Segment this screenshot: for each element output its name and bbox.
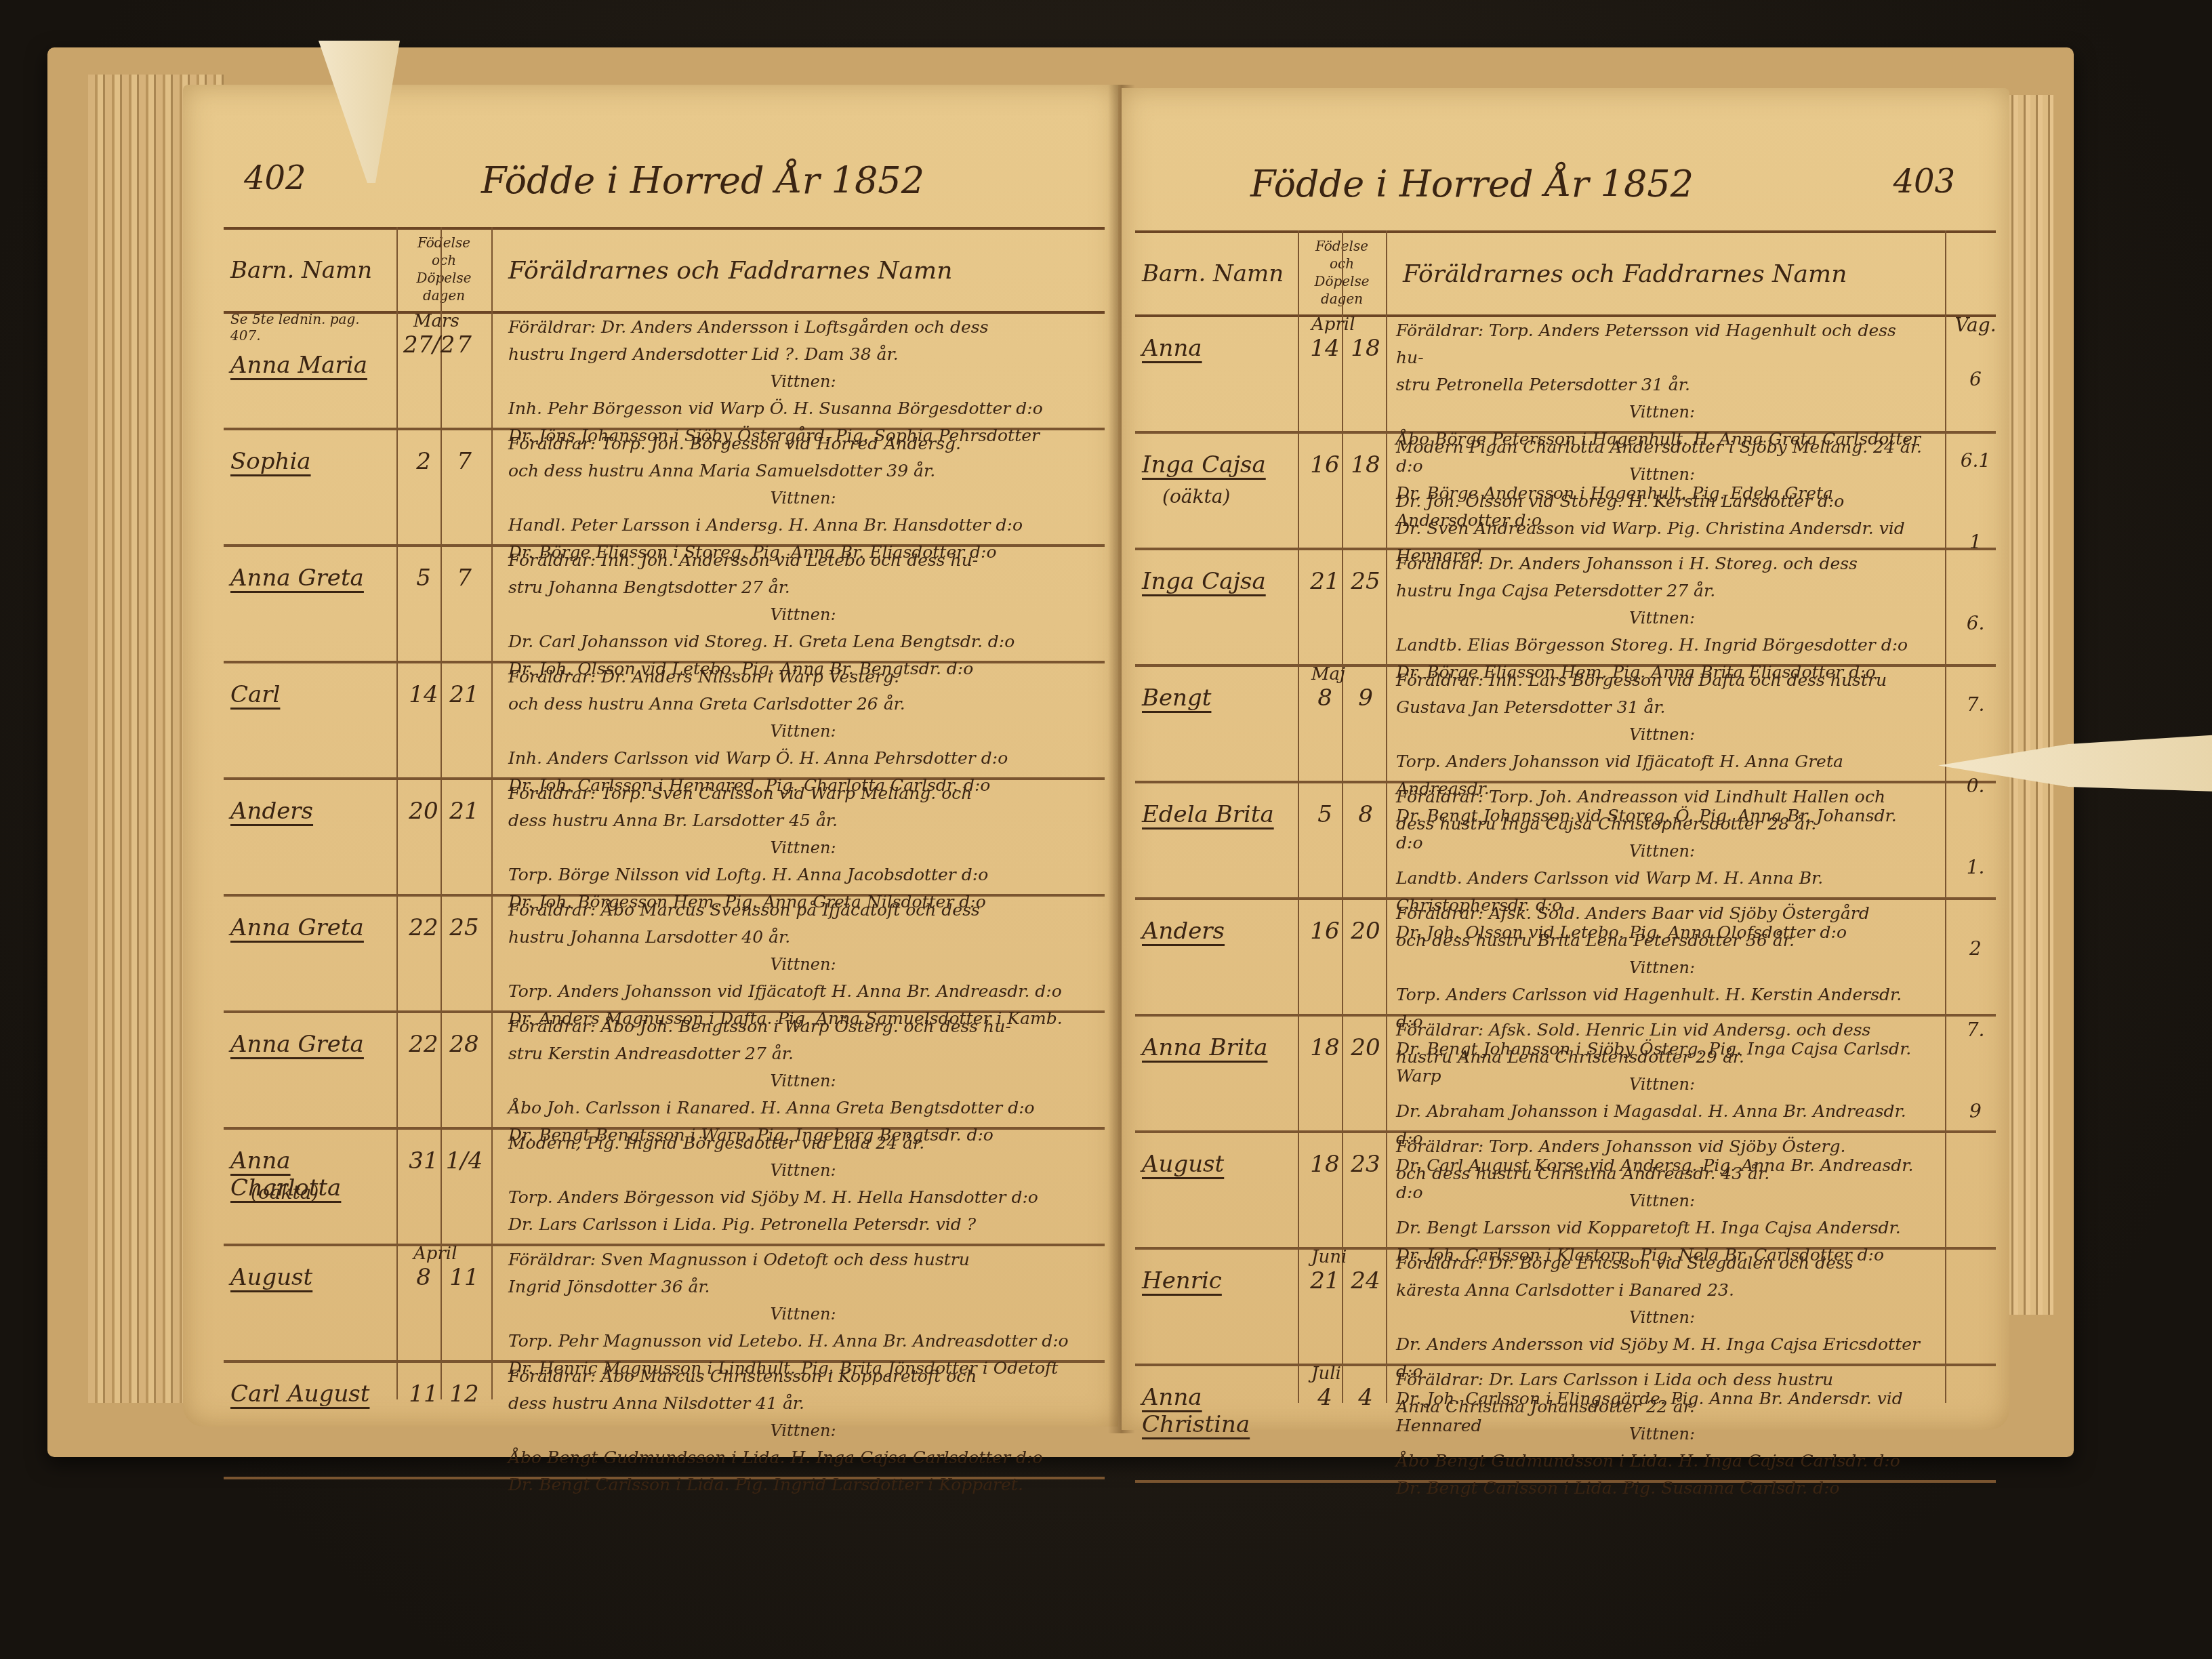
table-row: Anna Brita1820Föräldrar: Afsk. Sold. Hen… (1135, 1014, 1996, 1133)
parents-and-sponsors: Modern, Pig. Ingrid Börgesdotter vid Lid… (508, 1130, 1098, 1238)
child-name: August (1142, 1151, 1305, 1178)
baptism-day: 20 (1345, 918, 1386, 945)
witnesses-label: Vittnen: (1396, 398, 1928, 426)
baptism-day: 25 (1345, 568, 1386, 595)
parents-text: Föräldrar: Åbo Joh. Bengtsson i Warp Öst… (508, 1017, 1011, 1063)
child-name: Anna Maria (230, 352, 393, 379)
table-row: Inga Cajsa2125Föräldrar: Dr. Anders Joha… (1135, 548, 1996, 667)
parents-text: Föräldrar: Inh. Joh. Andersson vid Leteb… (508, 550, 978, 597)
table-row: Anders1620Föräldrar: Afsk. Sold. Anders … (1135, 897, 1996, 1017)
header-dates: Födelse och Döpelse dagen (403, 234, 485, 304)
birth-day: 14 (1305, 335, 1345, 362)
table-row: Anna ChristinaJuli44Föräldrar: Dr. Lars … (1135, 1364, 1996, 1483)
birth-day: 20 (403, 798, 444, 825)
child-name: Anna Brita (1142, 1034, 1305, 1061)
page-number: 402 (244, 159, 306, 197)
witnesses-label: Vittnen: (508, 601, 1098, 628)
child-name: Anna Christina (1142, 1384, 1305, 1438)
witnesses-label: Vittnen: (508, 485, 1098, 512)
birth-day: 21 (1305, 568, 1345, 595)
child-name: Inga Cajsa (1142, 568, 1305, 595)
month-label: April (1311, 314, 1355, 335)
parents-text: Föräldrar: Afsk. Sold. Anders Baar vid S… (1396, 903, 1870, 950)
margin-mark: 1 (1948, 501, 2003, 583)
parents-text: Modern Pigan Charlotta Andersdotter i Sj… (1396, 437, 1922, 457)
child-name: Henric (1142, 1267, 1305, 1294)
birth-day: 16 (1305, 451, 1345, 478)
child-name: Anders (1142, 918, 1305, 945)
register-table: Barn. Namn Födelse och Döpelse dagen För… (1135, 230, 1996, 1403)
table-row: Edela Brita58Föräldrar: Torp. Joh. Andre… (1135, 781, 1996, 900)
margin-mark: 2 (1948, 908, 2003, 989)
witnesses-label: Vittnen: (508, 834, 1098, 861)
baptism-day: 9 (1345, 684, 1386, 712)
baptism-day: 20 (1345, 1034, 1386, 1061)
month-label: Mars (413, 311, 459, 331)
witnesses-label: Vittnen: (1396, 1420, 1928, 1448)
witnesses-label: Vittnen: (1396, 461, 1928, 488)
table-row: BengtMaj89Föräldrar: Inh. Lars Börgesson… (1135, 664, 1996, 783)
witnesses-label: Vittnen: (508, 1067, 1098, 1094)
entry-note: Se 5te lednin. pag. 407. (230, 311, 393, 344)
margin-mark: 7. (1948, 989, 2003, 1071)
parents-text: Föräldrar: Torp. Anders Petersson vid Ha… (1396, 321, 1896, 394)
birth-day: 22 (403, 914, 444, 941)
birth-day: 27/2 (403, 331, 444, 359)
birth-day: 18 (1305, 1034, 1345, 1061)
table-header: Barn. Namn Födelse och Döpelse dagen För… (1135, 230, 1996, 317)
baptism-day: 7 (444, 565, 485, 592)
witnesses-label: Vittnen: (1396, 954, 1928, 981)
left-page: 402 Födde i Horred År 1852 Barn. Namn Fö… (183, 85, 1118, 1427)
margin-mark: 1. (1948, 827, 2003, 908)
table-row: Anna Greta2228Föräldrar: Åbo Joh. Bengts… (224, 1010, 1105, 1130)
baptism-day: 24 (1345, 1267, 1386, 1294)
header-child-name: Barn. Namn (230, 257, 372, 284)
child-name: Anna Greta (230, 914, 393, 941)
open-register-book: 402 Födde i Horred År 1852 Barn. Namn Fö… (47, 47, 2074, 1457)
parents-text: Föräldrar: Åbo Marcus Svensson på Ifjäca… (508, 900, 980, 947)
baptism-day: 11 (444, 1264, 485, 1291)
margin-mark: 9 (1948, 1071, 2003, 1152)
margin-mark: 6 (1948, 339, 2003, 420)
child-name: Edela Brita (1142, 801, 1305, 828)
parents-text: Modern, Pig. Ingrid Börgesdotter vid Lid… (508, 1133, 924, 1153)
birth-day: 16 (1305, 918, 1345, 945)
legitimacy-note: (oäkta) (251, 1181, 413, 1204)
parents-text: Föräldrar: Dr. Anders Andersson i Loftsg… (508, 317, 989, 364)
parents-text: Föräldrar: Inh. Lars Börgesson vid Dafta… (1396, 670, 1887, 717)
birth-day: 14 (403, 681, 444, 708)
witnesses-text: Torp. Anders Börgesson vid Sjöby M. H. H… (508, 1187, 1038, 1234)
birth-day: 21 (1305, 1267, 1345, 1294)
table-row: Anna Charlotta(oäkta)311/4Modern, Pig. I… (224, 1127, 1105, 1246)
baptism-day: 18 (1345, 451, 1386, 478)
parents-text: Föräldrar: Torp. Sven Carlsson vid Warp … (508, 783, 972, 830)
witnesses-label: Vittnen: (1396, 1071, 1928, 1098)
parents-text: Föräldrar: Torp. Anders Johansson vid Sj… (1396, 1136, 1845, 1183)
margin-mark: 6. (1948, 583, 2003, 664)
child-name: August (230, 1264, 393, 1291)
table-header: Barn. Namn Födelse och Döpelse dagen För… (224, 227, 1105, 314)
child-name: Carl August (230, 1380, 393, 1408)
birth-day: 2 (403, 448, 444, 475)
child-name: Bengt (1142, 684, 1305, 712)
parents-text: Föräldrar: Dr. Börge Ericsson vid Stegda… (1396, 1253, 1853, 1300)
witnesses-label: Vittnen: (1396, 721, 1928, 748)
parents-text: Föräldrar: Sven Magnusson i Odetoft och … (508, 1250, 970, 1296)
month-label: Juni (1311, 1247, 1347, 1267)
table-row: Inga Cajsa(oäkta)1618Modern Pigan Charlo… (1135, 431, 1996, 550)
parents-text: Föräldrar: Dr. Lars Carlsson i Lida och … (1396, 1370, 1833, 1416)
witnesses-label: Vittnen: (508, 1300, 1098, 1328)
witnesses-label: Vittnen: (1396, 1187, 1928, 1214)
table-row: AnnaApril1418Föräldrar: Torp. Anders Pet… (1135, 314, 1996, 434)
header-child-name: Barn. Namn (1142, 260, 1284, 287)
header-parents-sponsors: Föräldrarnes och Faddrarnes Namn (1403, 260, 1847, 288)
table-row: Anna Greta2225Föräldrar: Åbo Marcus Sven… (224, 894, 1105, 1013)
witnesses-label: Vittnen: (508, 951, 1098, 978)
baptism-day: 7 (444, 331, 485, 359)
child-name: Anna Greta (230, 1031, 393, 1058)
page-title: Födde i Horred År 1852 (481, 159, 924, 202)
witnesses-text: Åbo Bengt Gudmundsson i Lida. H. Inga Ca… (508, 1448, 1043, 1494)
margin-mark: 7. (1948, 664, 2003, 745)
parents-text: Föräldrar: Torp. Joh. Andreasson vid Lin… (1396, 787, 1885, 834)
page-number: 403 (1893, 163, 1955, 201)
margin-column: Vag.66.116.7.0.1.27.9 (1948, 312, 2003, 1403)
child-name: Inga Cajsa (1142, 451, 1305, 478)
witnesses-label: Vittnen: (508, 1157, 1098, 1184)
right-page: 403 Födde i Horred År 1852 Barn. Namn Fö… (1122, 88, 2009, 1430)
table-row: HenricJuni2124Föräldrar: Dr. Börge Erics… (1135, 1247, 1996, 1366)
table-row: Se 5te lednin. pag. 407.Anna MariaMars27… (224, 311, 1105, 430)
baptism-day: 21 (444, 681, 485, 708)
parents-and-sponsors: Föräldrar: Åbo Marcus Christensson i Kop… (508, 1363, 1098, 1498)
baptism-day: 1/4 (444, 1147, 485, 1174)
margin-mark: 6.1 (1948, 420, 2003, 501)
witnesses-label: Vittnen: (508, 1417, 1098, 1444)
table-row: Anna Greta57Föräldrar: Inh. Joh. Anderss… (224, 544, 1105, 663)
birth-day: 11 (403, 1380, 444, 1408)
parents-text: Föräldrar: Torp. Joh. Börgesson vid Horr… (508, 434, 961, 480)
margin-header: Vag. (1948, 312, 2003, 339)
parents-text: Föräldrar: Åbo Marcus Christensson i Kop… (508, 1366, 977, 1413)
birth-day: 22 (403, 1031, 444, 1058)
parents-text: Föräldrar: Dr. Anders Johansson i H. Sto… (1396, 554, 1858, 600)
register-table: Barn. Namn Födelse och Döpelse dagen För… (224, 227, 1105, 1399)
parents-and-sponsors: Föräldrar: Dr. Lars Carlsson i Lida och … (1396, 1366, 1928, 1502)
baptism-day: 8 (1345, 801, 1386, 828)
baptism-day: 21 (444, 798, 485, 825)
birth-day: 8 (403, 1264, 444, 1291)
baptism-day: 7 (444, 448, 485, 475)
child-name: Anna Greta (230, 565, 393, 592)
child-name: Sophia (230, 448, 393, 475)
baptism-day: 12 (444, 1380, 485, 1408)
witnesses-label: Vittnen: (1396, 605, 1928, 632)
parents-text: Föräldrar: Afsk. Sold. Henric Lin vid An… (1396, 1020, 1870, 1067)
witnesses-label: Vittnen: (1396, 1304, 1928, 1331)
birth-day: 8 (1305, 684, 1345, 712)
baptism-day: 4 (1345, 1384, 1386, 1411)
baptism-day: 25 (444, 914, 485, 941)
page-title: Födde i Horred År 1852 (1250, 163, 1694, 205)
legitimacy-note: (oäkta) (1162, 485, 1325, 508)
birth-day: 5 (1305, 801, 1345, 828)
baptism-day: 23 (1345, 1151, 1386, 1178)
table-row: AugustApril811Föräldrar: Sven Magnusson … (224, 1244, 1105, 1363)
birth-day: 18 (1305, 1151, 1345, 1178)
baptism-day: 18 (1345, 335, 1386, 362)
month-label: Maj (1311, 664, 1345, 684)
birth-day: 4 (1305, 1384, 1345, 1411)
birth-day: 5 (403, 565, 444, 592)
witnesses-label: Vittnen: (508, 718, 1098, 745)
child-name: Anna (1142, 335, 1305, 362)
witnesses-label: Vittnen: (508, 368, 1098, 395)
table-row: Anders2021Föräldrar: Torp. Sven Carlsson… (224, 777, 1105, 897)
baptism-day: 28 (444, 1031, 485, 1058)
child-name: Carl (230, 681, 393, 708)
table-row: August1823Föräldrar: Torp. Anders Johans… (1135, 1130, 1996, 1250)
header-parents-sponsors: Föräldrarnes och Faddrarnes Namn (508, 257, 952, 285)
table-row: Carl1421Föräldrar: Dr. Anders Nilsson i … (224, 661, 1105, 780)
birth-day: 31 (403, 1147, 444, 1174)
table-row: Carl August1112Föräldrar: Åbo Marcus Chr… (224, 1360, 1105, 1479)
table-row: Sophia27Föräldrar: Torp. Joh. Börgesson … (224, 428, 1105, 547)
witnesses-label: Vittnen: (1396, 838, 1928, 865)
month-label: April (413, 1244, 457, 1264)
parents-text: Föräldrar: Dr. Anders Nilsson i Warp Ves… (508, 667, 905, 714)
page-stack-right (2006, 95, 2053, 1315)
child-name: Anders (230, 798, 393, 825)
witnesses-text: Åbo Bengt Gudmundsson i Lida. H. Inga Ca… (1396, 1451, 1900, 1498)
month-label: Juli (1311, 1364, 1341, 1384)
